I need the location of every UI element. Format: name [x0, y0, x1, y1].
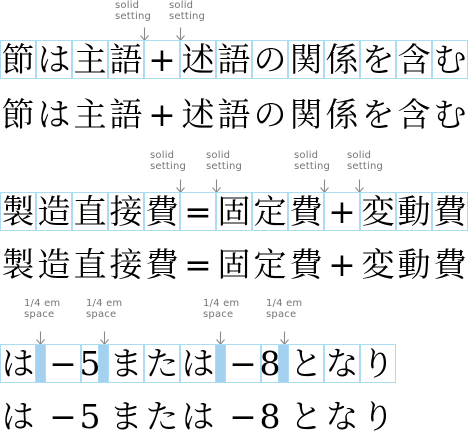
- plain-char: 語: [108, 95, 144, 134]
- char-box: 動: [396, 192, 432, 231]
- char-box: +: [144, 40, 180, 79]
- plain-char: た: [144, 397, 180, 436]
- annotation-label: 1/4 emspace: [24, 299, 60, 320]
- space-box: [99, 344, 108, 383]
- annotation-label-line: setting: [115, 12, 151, 23]
- plain-char: 造: [36, 245, 72, 284]
- char-box: 固: [216, 192, 252, 231]
- annotation-label-line: setting: [347, 162, 383, 173]
- char-box: 製: [0, 192, 36, 231]
- char-box: 述: [180, 40, 216, 79]
- char-box: 関: [288, 40, 324, 79]
- plain-char: 係: [324, 95, 360, 134]
- plain-space: [99, 397, 108, 436]
- boxed-line: は−5または−8となり: [0, 344, 396, 383]
- plain-char: 接: [108, 245, 144, 284]
- annotation-label-line: solid: [169, 1, 205, 12]
- char-box: 造: [36, 192, 72, 231]
- plain-char: 語: [216, 95, 252, 134]
- char-box: 主: [72, 40, 108, 79]
- char-box: =: [180, 192, 216, 231]
- plain-char: 定: [252, 245, 288, 284]
- plain-char: 変: [360, 245, 396, 284]
- plain-char: ま: [108, 397, 144, 436]
- char-box: +: [324, 192, 360, 231]
- down-arrow-icon: [279, 330, 290, 344]
- char-box: は: [0, 344, 36, 383]
- annotation-label-line: solid: [150, 151, 186, 162]
- char-box: た: [144, 344, 180, 383]
- annotation-label-line: 1/4 em: [203, 299, 239, 310]
- plain-char: −: [225, 397, 261, 436]
- plain-space: [216, 397, 225, 436]
- annotation-label: solidsetting: [347, 151, 383, 172]
- plain-char: 費: [288, 245, 324, 284]
- annotation-label-line: space: [203, 310, 239, 321]
- annotation-label: solidsetting: [115, 1, 151, 22]
- plain-char: の: [252, 95, 288, 134]
- annotation-label-line: space: [86, 310, 122, 321]
- annotation-label-line: space: [266, 310, 302, 321]
- char-box: 8: [261, 344, 279, 383]
- annotation-label-line: setting: [294, 162, 330, 173]
- annotation-label-line: solid: [347, 151, 383, 162]
- annotation-label-line: space: [24, 310, 60, 321]
- plain-char: 固: [216, 245, 252, 284]
- char-box: り: [360, 344, 396, 383]
- char-box: 変: [360, 192, 396, 231]
- down-arrow-icon: [175, 26, 186, 40]
- char-box: 係: [324, 40, 360, 79]
- char-box: は: [180, 344, 216, 383]
- char-box: な: [324, 344, 360, 383]
- char-box: ま: [108, 344, 144, 383]
- annotation-label: 1/4 emspace: [203, 299, 239, 320]
- char-box: 語: [108, 40, 144, 79]
- plain-char: む: [432, 95, 468, 134]
- annotation-label-line: setting: [169, 12, 205, 23]
- plain-char: 製: [0, 245, 36, 284]
- char-box: 接: [108, 192, 144, 231]
- plain-char: 主: [72, 95, 108, 134]
- char-box: を: [360, 40, 396, 79]
- annotation-label: 1/4 emspace: [86, 299, 122, 320]
- plain-space: [279, 397, 288, 436]
- plain-char: 費: [144, 245, 180, 284]
- annotation-label-line: setting: [150, 162, 186, 173]
- char-box: は: [36, 40, 72, 79]
- char-box: 定: [252, 192, 288, 231]
- down-arrow-icon: [215, 330, 226, 344]
- annotation-label: solidsetting: [294, 151, 330, 172]
- plain-char: な: [324, 397, 360, 436]
- down-arrow-icon: [139, 26, 150, 40]
- annotation-label-line: 1/4 em: [86, 299, 122, 310]
- plain-line: は−5または−8となり: [0, 397, 396, 436]
- plain-char: +: [324, 245, 360, 284]
- annotation-label: solidsetting: [150, 151, 186, 172]
- annotation-label-line: 1/4 em: [24, 299, 60, 310]
- char-box: 費: [144, 192, 180, 231]
- down-arrow-icon: [99, 330, 110, 344]
- annotation-label: solidsetting: [169, 1, 205, 22]
- plain-char: 動: [396, 245, 432, 284]
- down-arrow-icon: [354, 178, 365, 192]
- char-box: −: [225, 344, 261, 383]
- plain-char: 節: [0, 95, 36, 134]
- boxed-line: 製造直接費=固定費+変動費: [0, 192, 468, 231]
- plain-char: 費: [432, 245, 468, 284]
- annotation-label: 1/4 emspace: [266, 299, 302, 320]
- plain-char: −: [45, 397, 81, 436]
- plain-line: 節は主語+述語の関係を含む: [0, 95, 468, 134]
- char-box: 費: [288, 192, 324, 231]
- plain-char: 含: [396, 95, 432, 134]
- char-box: と: [288, 344, 324, 383]
- space-box: [279, 344, 288, 383]
- space-box: [216, 344, 225, 383]
- annotation-label-line: setting: [206, 162, 242, 173]
- annotation-label-line: solid: [206, 151, 242, 162]
- plain-char: 述: [180, 95, 216, 134]
- annotation-label-line: 1/4 em: [266, 299, 302, 310]
- annotation-label-line: solid: [294, 151, 330, 162]
- plain-char: は: [0, 397, 36, 436]
- down-arrow-icon: [319, 178, 330, 192]
- char-box: 語: [216, 40, 252, 79]
- plain-char: を: [360, 95, 396, 134]
- annotation-label-line: solid: [115, 1, 151, 12]
- plain-char: 5: [81, 397, 99, 436]
- plain-char: 関: [288, 95, 324, 134]
- char-box: む: [432, 40, 468, 79]
- plain-char: 8: [261, 397, 279, 436]
- char-box: 含: [396, 40, 432, 79]
- down-arrow-icon: [175, 178, 186, 192]
- down-arrow-icon: [35, 330, 46, 344]
- char-box: 費: [432, 192, 468, 231]
- figure-canvas: solidsettingsolidsetting節は主語+述語の関係を含む節は主…: [0, 0, 469, 446]
- plain-char: は: [36, 95, 72, 134]
- char-box: の: [252, 40, 288, 79]
- char-box: 5: [81, 344, 99, 383]
- plain-char: と: [288, 397, 324, 436]
- down-arrow-icon: [211, 178, 222, 192]
- plain-char: 直: [72, 245, 108, 284]
- plain-char: は: [180, 397, 216, 436]
- char-box: 直: [72, 192, 108, 231]
- space-box: [36, 344, 45, 383]
- plain-space: [36, 397, 45, 436]
- char-box: 節: [0, 40, 36, 79]
- annotation-label: solidsetting: [206, 151, 242, 172]
- plain-char: り: [360, 397, 396, 436]
- boxed-line: 節は主語+述語の関係を含む: [0, 40, 468, 79]
- plain-line: 製造直接費=固定費+変動費: [0, 245, 468, 284]
- char-box: −: [45, 344, 81, 383]
- plain-char: +: [144, 95, 180, 134]
- plain-char: =: [180, 245, 216, 284]
